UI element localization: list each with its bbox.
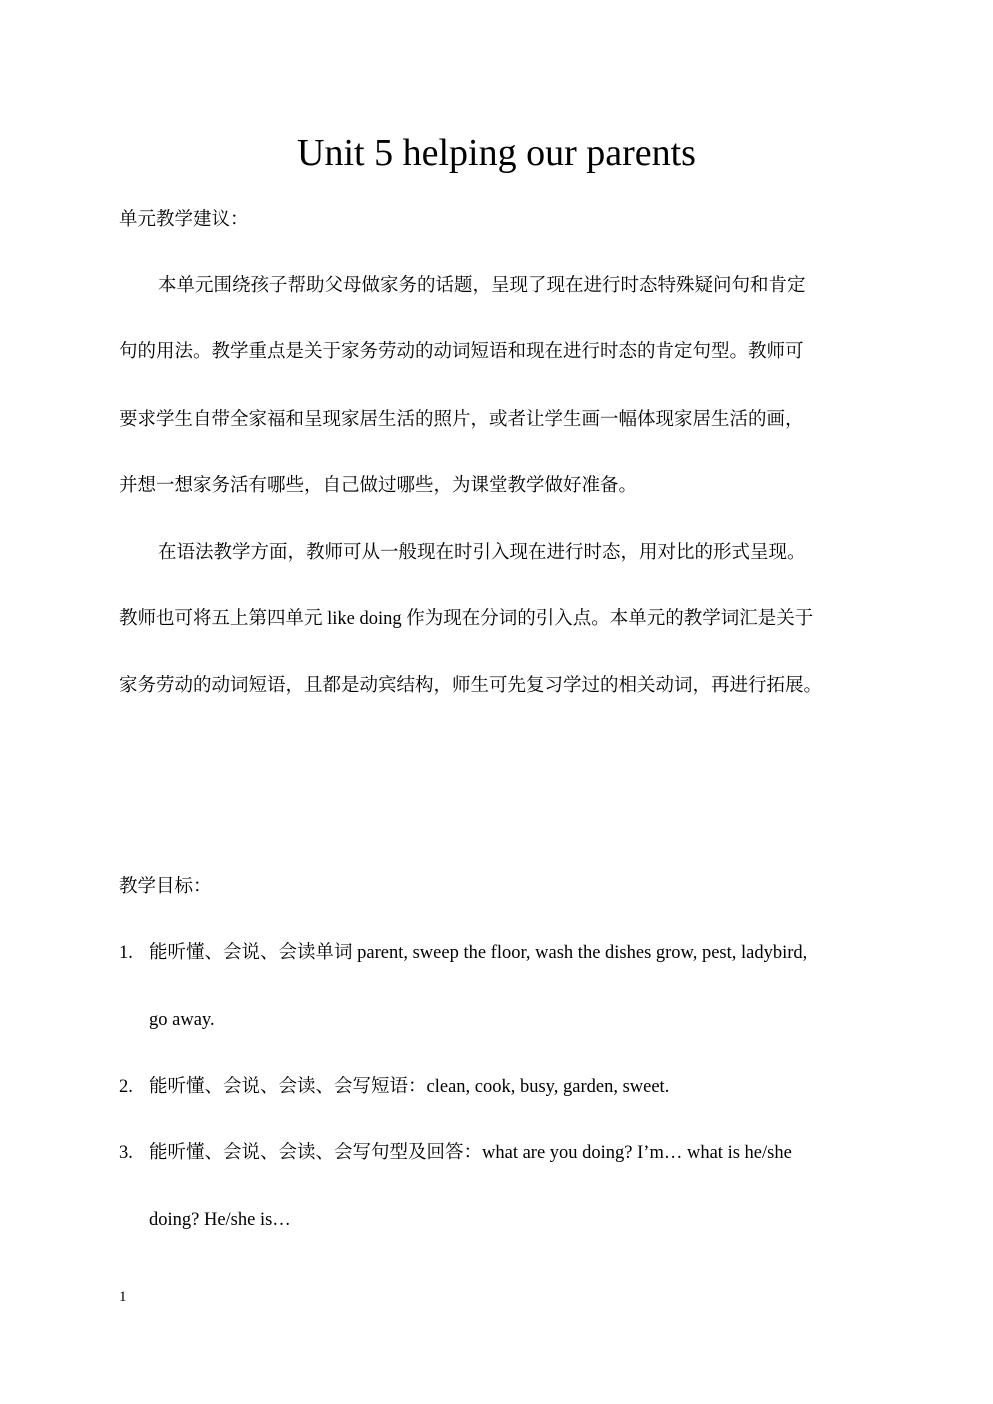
- section-heading-teaching-suggestions: 单元教学建议：: [119, 208, 249, 232]
- list-item-line: 能听懂、会说、会读、会写短语：clean, cook, busy, garden…: [149, 1075, 669, 1099]
- page-number: 1: [119, 1287, 127, 1307]
- paragraph-line: 家务劳动的动词短语，且都是动宾结构，师生可先复习学过的相关动词，再进行拓展。: [119, 674, 822, 698]
- list-item-number: 2.: [119, 1075, 133, 1099]
- paragraph-line: 要求学生自带全家福和呈现家居生活的照片，或者让学生画一幅体现家居生活的画，: [119, 408, 804, 432]
- list-item-line: go away.: [149, 1008, 215, 1032]
- paragraph-line: 本单元围绕孩子帮助父母做家务的话题，呈现了现在进行时态特殊疑问句和肯定: [158, 274, 806, 298]
- paragraph-line: 在语法教学方面，教师可从一般现在时引入现在进行时态，用对比的形式呈现。: [158, 541, 806, 565]
- section-heading-teaching-objectives: 教学目标：: [119, 875, 212, 899]
- list-item-number: 3.: [119, 1141, 133, 1165]
- list-item-line: 能听懂、会说、会读单词 parent, sweep the floor, was…: [149, 941, 807, 965]
- list-item-line: 能听懂、会说、会读、会写句型及回答：what are you doing? I’…: [149, 1141, 792, 1165]
- paragraph-line: 句的用法。教学重点是关于家务劳动的动词短语和现在进行时态的肯定句型。教师可: [119, 340, 804, 364]
- paragraph-line: 教师也可将五上第四单元 like doing 作为现在分词的引入点。本单元的教学…: [119, 607, 813, 631]
- paragraph-line: 并想一想家务活有哪些，自己做过哪些，为课堂教学做好准备。: [119, 474, 637, 498]
- list-item-number: 1.: [119, 941, 133, 965]
- document-page: Unit 5 helping our parents 单元教学建议： 本单元围绕…: [0, 0, 993, 1404]
- document-title: Unit 5 helping our parents: [0, 128, 993, 178]
- list-item-line: doing? He/she is…: [149, 1208, 291, 1232]
